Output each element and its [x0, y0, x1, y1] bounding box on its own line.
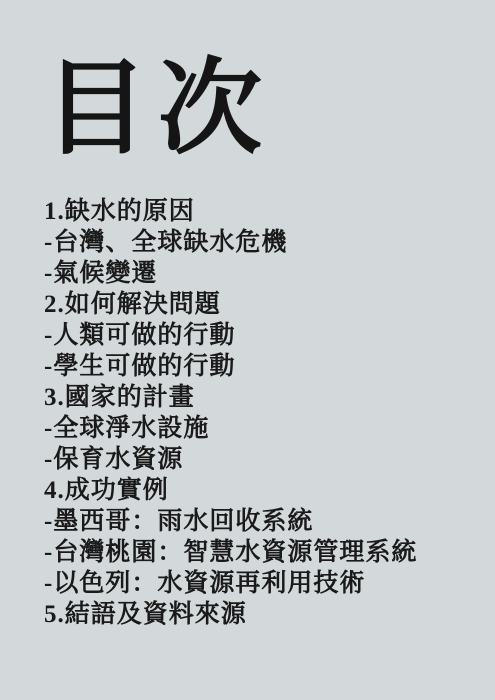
toc-item: -全球淨水設施 — [44, 413, 465, 444]
toc-item: -以色列：水資源再利用技術 — [44, 568, 465, 599]
toc-page: 目次 1.缺水的原因 -台灣、全球缺水危機 -氣候變遷 2.如何解決問題 -人類… — [0, 0, 495, 700]
toc-item: -墨西哥：雨水回收系統 — [44, 506, 465, 537]
toc-item: -台灣、全球缺水危機 — [44, 227, 465, 258]
toc-list: 1.缺水的原因 -台灣、全球缺水危機 -氣候變遷 2.如何解決問題 -人類可做的… — [44, 196, 465, 630]
toc-item: -氣候變遷 — [44, 258, 465, 289]
toc-item: 3.國家的計畫 — [44, 382, 465, 413]
toc-item: 1.缺水的原因 — [44, 196, 465, 227]
page-title: 目次 — [44, 58, 465, 162]
toc-item: 4.成功實例 — [44, 475, 465, 506]
toc-item: 5.結語及資料來源 — [44, 599, 465, 630]
toc-item: -學生可做的行動 — [44, 351, 465, 382]
toc-item: 2.如何解決問題 — [44, 289, 465, 320]
toc-item: -台灣桃園：智慧水資源管理系統 — [44, 537, 465, 568]
toc-item: -保育水資源 — [44, 444, 465, 475]
toc-item: -人類可做的行動 — [44, 320, 465, 351]
